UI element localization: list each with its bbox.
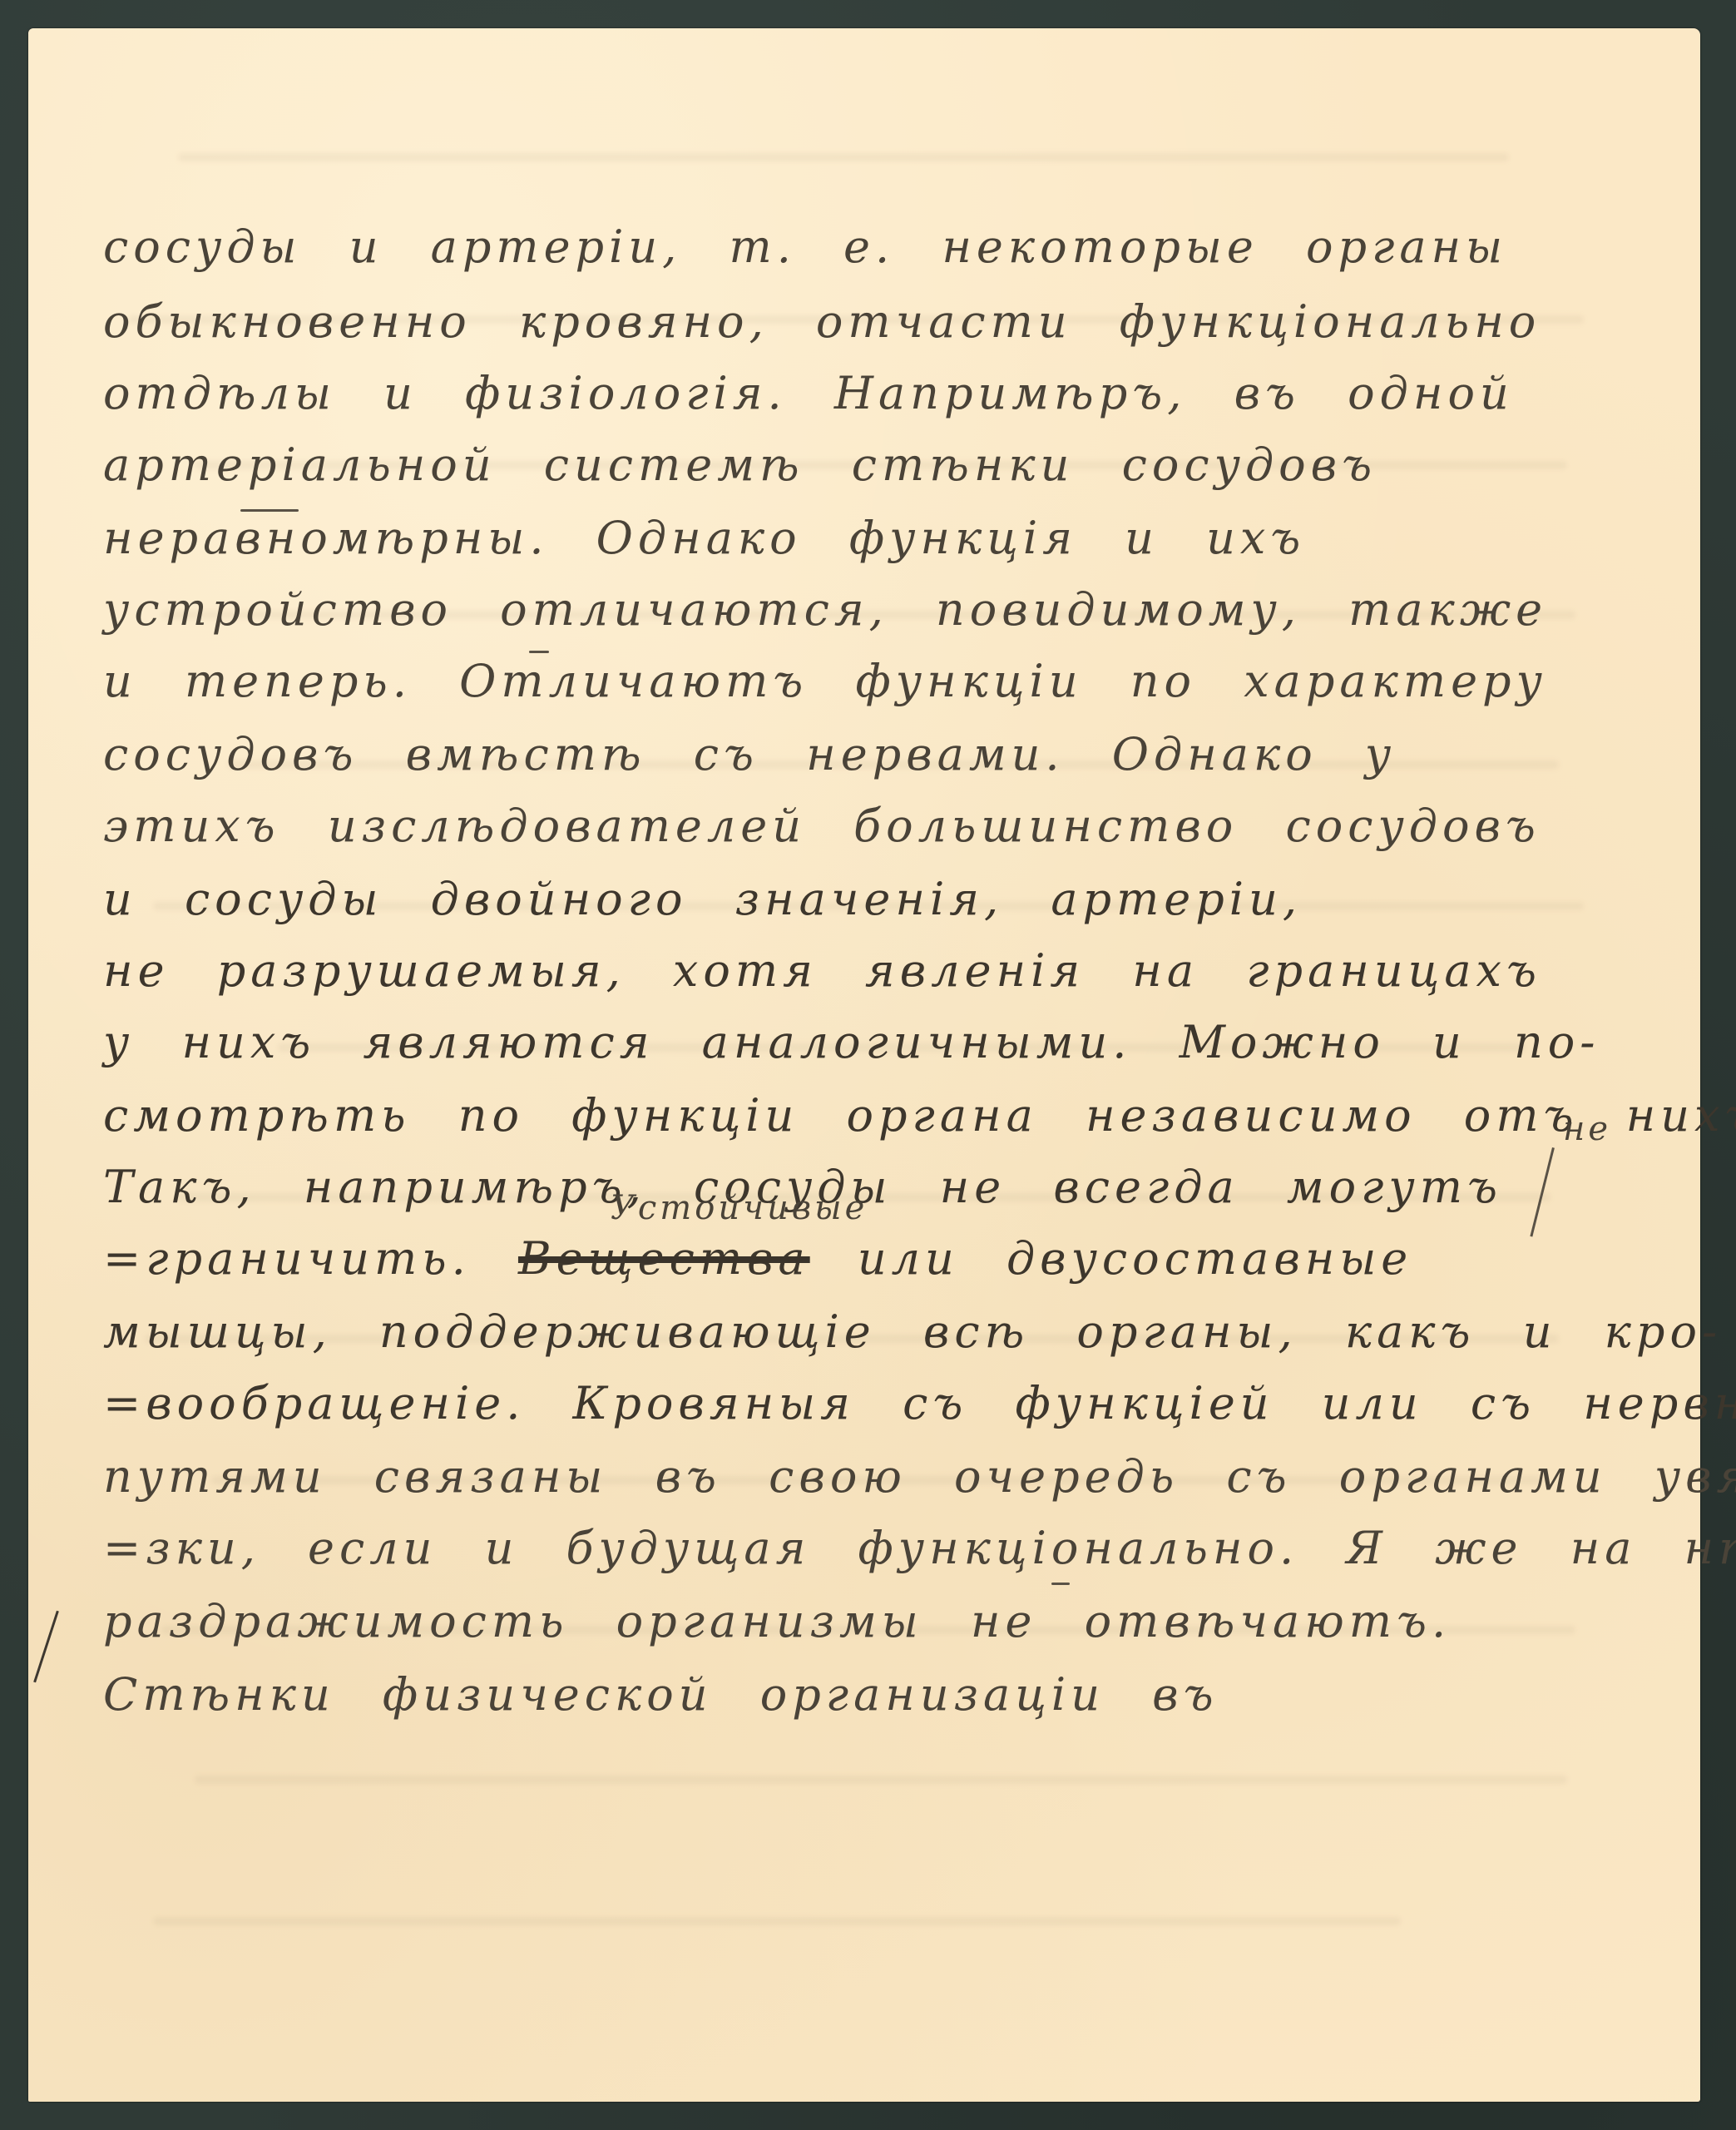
manuscript-line-12: у нихъ являются аналогичными. Можно и по… <box>103 1020 1667 1065</box>
manuscript-line-6: устройство отличаются, повидимому, также <box>103 587 1667 632</box>
manuscript-line-20: раздражимость организмы не отвѣчаютъ. <box>103 1599 1667 1644</box>
manuscript-line-10: и сосуды двойного значенія, артеріи, <box>103 877 1667 922</box>
manuscript-line-2: обыкновенно кровяно, отчасти функціональ… <box>103 300 1667 344</box>
margin-pen-stroke <box>33 1611 59 1683</box>
manuscript-line-14: Такъ, напримѣръ, сосуды не всегда могутъ <box>103 1165 1667 1210</box>
underline-mark <box>529 651 549 653</box>
line-rest: или двусоставные <box>810 1232 1413 1285</box>
manuscript-line-13: смотрѣть по функціи органа независимо от… <box>103 1093 1667 1138</box>
manuscript-line-3: отдѣлы и физіологія. Напримѣръ, въ одной <box>103 371 1667 416</box>
manuscript-line-15: =граничить. Вещества или двусоставные <box>103 1236 1667 1281</box>
manuscript-line-17: =вообращеніе. Кровяныя съ функціей или с… <box>103 1381 1667 1426</box>
interlinear-insert: Устойчивые <box>611 1189 868 1227</box>
manuscript-line-16: мышцы, поддерживающіе всѣ органы, какъ и… <box>103 1310 1667 1355</box>
manuscript-line-19: =зки, если и будущая функціонально. Я же… <box>103 1526 1667 1571</box>
manuscript-line-8: сосудовъ вмѣстѣ съ нервами. Однако у <box>103 732 1667 777</box>
manuscript-line-7: и теперь. Отличаютъ функціи по характеру <box>103 659 1667 704</box>
manuscript-line-11: не разрушаемыя, хотя явленія на границах… <box>103 949 1667 993</box>
manuscript-line-9: этихъ изслѣдователей большинство сосудов… <box>103 804 1667 849</box>
underline-mark <box>1051 1583 1070 1585</box>
manuscript-page: сосуды и артеріи, т. е. некоторые органы… <box>28 28 1700 2102</box>
manuscript-line-4: артеріальной системѣ стѣнки сосудовъ <box>103 443 1667 488</box>
manuscript-line-21: Стѣнки физической организаціи въ <box>103 1672 1667 1717</box>
manuscript-line-18: путями связаны въ свою очередь съ органа… <box>103 1454 1667 1499</box>
manuscript-line-5: неравномѣрны. Однако функція и ихъ <box>103 516 1667 561</box>
line-start: =граничить. <box>103 1232 518 1285</box>
manuscript-line-1: сосуды и артеріи, т. е. некоторые органы <box>103 225 1667 270</box>
interlinear-insert: не <box>1563 1110 1611 1148</box>
struck-out-word: Вещества <box>518 1232 810 1285</box>
